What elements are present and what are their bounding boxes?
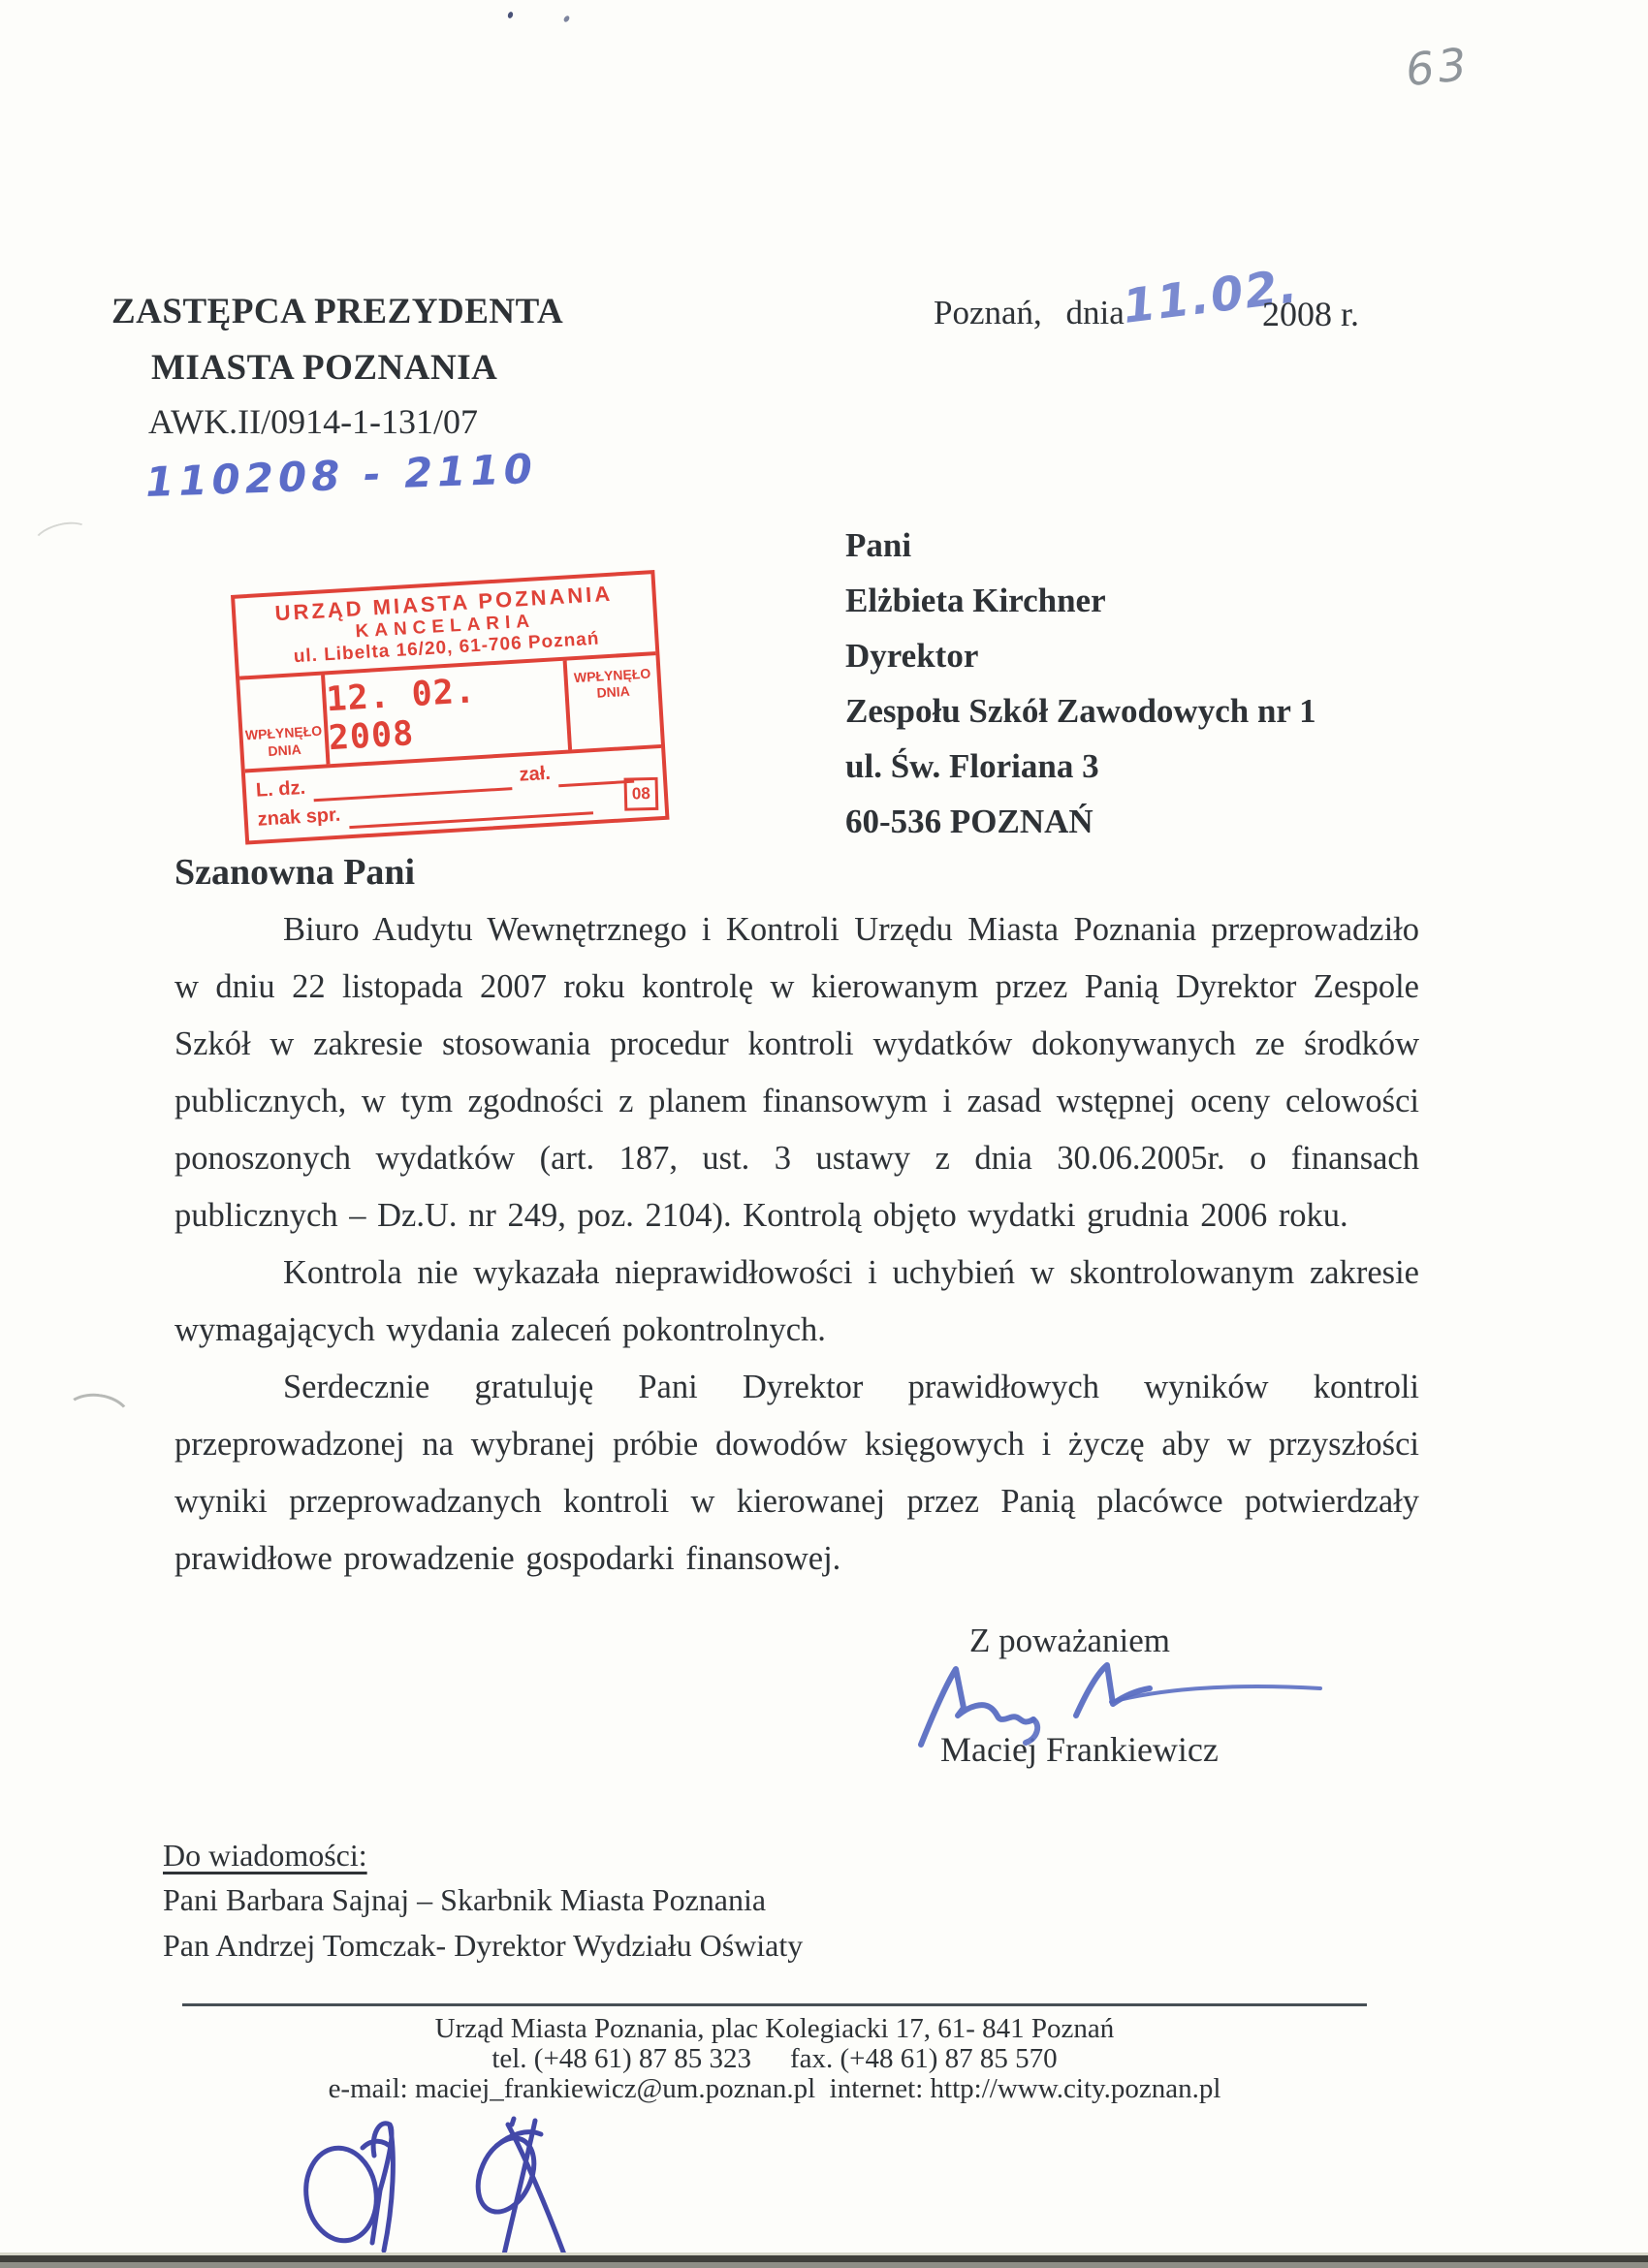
scanned-letter-page: 63 ZASTĘPCA PREZYDENTA MIASTA POZNANIA A… bbox=[0, 0, 1648, 2268]
stamp-znak-blank-line bbox=[348, 794, 593, 829]
letter-body: Biuro Audytu Wewnętrznego i Kontroli Urz… bbox=[174, 901, 1419, 1588]
sender-title-line1: ZASTĘPCA PREZYDENTA bbox=[111, 291, 563, 332]
stamp-received-label-left: WPŁYNĘŁO DNIA bbox=[239, 675, 330, 769]
recipient-line: Pani bbox=[845, 518, 1316, 573]
cc-item: Pan Andrzej Tomczak- Dyrektor Wydziału O… bbox=[163, 1928, 803, 1964]
stamp-zal-label: zał. bbox=[519, 759, 552, 790]
recipient-line: Dyrektor bbox=[845, 628, 1316, 683]
footer-address: Urząd Miasta Poznania, plac Kolegiacki 1… bbox=[182, 2013, 1367, 2045]
initials-paraphs bbox=[281, 2115, 601, 2260]
stamp-received-word: WPŁYNĘŁO bbox=[574, 665, 651, 685]
stamp-received-word: DNIA bbox=[596, 683, 630, 701]
handwritten-reference: 110208 - 2110 bbox=[144, 445, 537, 506]
footer-website: internet: http://www.city.poznan.pl bbox=[830, 2073, 1221, 2104]
stamp-code-box: 08 bbox=[624, 776, 659, 809]
footer-email-web: e-mail: maciej_frankiewicz@um.poznan.pl … bbox=[182, 2073, 1367, 2105]
valediction: Z poważaniem bbox=[969, 1622, 1170, 1660]
stamp-znak-label: znak spr. bbox=[257, 801, 341, 835]
cc-label: Do wiadomości: bbox=[163, 1838, 367, 1874]
sender-title-line2: MIASTA POZNANIA bbox=[151, 347, 497, 389]
footer-phone-fax: tel. (+48 61) 87 85 323fax. (+48 61) 87 … bbox=[182, 2043, 1367, 2075]
footer-fax: fax. (+48 61) 87 85 570 bbox=[790, 2043, 1058, 2074]
recipient-line: Elżbieta Kirchner bbox=[845, 573, 1316, 628]
recipient-block: Pani Elżbieta Kirchner Dyrektor Zespołu … bbox=[845, 518, 1316, 849]
reference-number: AWK.II/0914-1-131/07 bbox=[148, 401, 478, 442]
stamp-received-label-right: WPŁYNĘŁO DNIA bbox=[563, 655, 661, 750]
pencil-page-number: 63 bbox=[1403, 38, 1473, 97]
signature-stroke bbox=[913, 1657, 1330, 1749]
place-and-date-label: Poznań, dnia bbox=[934, 294, 1125, 332]
footer-phone: tel. (+48 61) 87 85 323 bbox=[491, 2043, 751, 2074]
body-paragraph: Serdecznie gratuluję Pani Dyrektor prawi… bbox=[174, 1359, 1419, 1588]
pencil-arc-mark bbox=[59, 1389, 135, 1447]
ink-speck bbox=[507, 11, 514, 18]
recipient-line: Zespołu Szkół Zawodowych nr 1 bbox=[845, 683, 1316, 739]
stamp-received-word: DNIA bbox=[245, 740, 324, 761]
footer-separator bbox=[182, 2003, 1367, 2006]
stamp-ldz-label: L. dz. bbox=[255, 773, 306, 805]
ink-speck bbox=[562, 15, 570, 23]
initials-paraph-1 bbox=[301, 2143, 383, 2245]
recipient-line: ul. Św. Floriana 3 bbox=[845, 739, 1316, 794]
typed-year: 2008 r. bbox=[1262, 294, 1359, 334]
pencil-squiggle-mark bbox=[30, 517, 93, 559]
intake-stamp: URZĄD MIASTA POZNANIA KANCELARIA ul. Lib… bbox=[231, 570, 670, 845]
body-paragraph: Kontrola nie wykazała nieprawidłowości i… bbox=[174, 1244, 1419, 1359]
body-paragraph: Biuro Audytu Wewnętrznego i Kontroli Urz… bbox=[174, 901, 1419, 1244]
recipient-line: 60-536 POZNAŃ bbox=[845, 794, 1316, 849]
salutation: Szanowna Pani bbox=[174, 851, 415, 894]
cc-item: Pani Barbara Sajnaj – Skarbnik Miasta Po… bbox=[163, 1882, 766, 1918]
footer-email: e-mail: maciej_frankiewicz@um.poznan.pl bbox=[329, 2073, 816, 2104]
stamp-date: 12. 02. 2008 bbox=[325, 661, 568, 765]
scan-edge-artifact bbox=[0, 2252, 1648, 2268]
